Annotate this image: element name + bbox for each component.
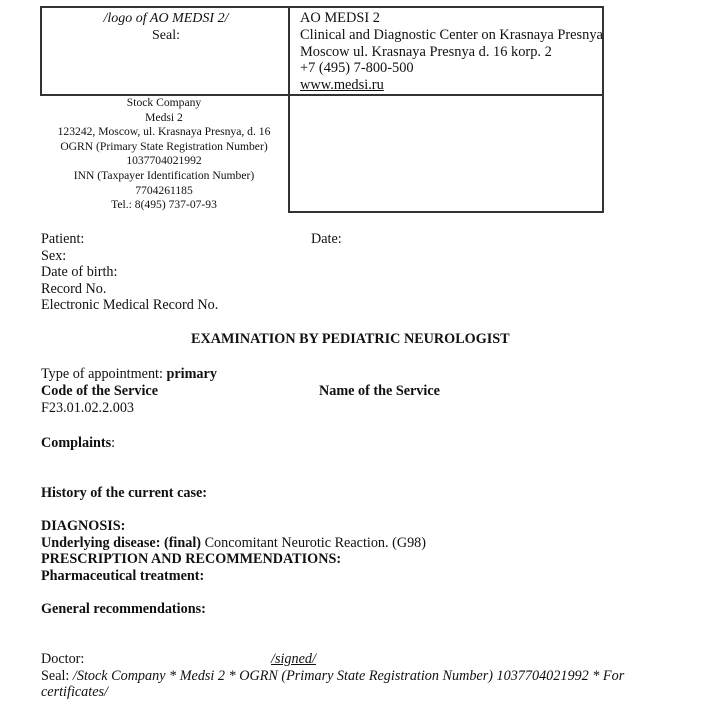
footer-seal-label: Seal: [41, 668, 69, 684]
dob-label: Date of birth: [41, 264, 117, 281]
date-label: Date: [311, 231, 342, 248]
general-recommendations-label: General recommendations: [41, 601, 206, 618]
underlying-disease: Underlying disease: (final) Concomitant … [41, 535, 426, 552]
history-label: History of the current case: [41, 485, 207, 502]
complaints: Complaints: [41, 435, 115, 452]
underlying-disease-label: Underlying disease: (final) [41, 535, 201, 551]
appointment-type: Type of appointment: primary [41, 366, 217, 383]
service-name-header: Name of the Service [319, 383, 440, 400]
footer-seal-text: /Stock Company * Medsi 2 * OGRN (Primary… [73, 668, 624, 684]
underlying-disease-value: Concomitant Neurotic Reaction. (G98) [205, 535, 426, 551]
org-phone: +7 (495) 7-800-500 [300, 60, 602, 77]
seal-label: Seal: [42, 28, 290, 45]
company-address: 123242, Moscow, ul. Krasnaya Presnya, d.… [40, 125, 288, 140]
logo-seal-cell: /logo of AO MEDSI 2/ Seal: [40, 6, 290, 96]
company-inn: 7704261185 [40, 184, 288, 199]
appointment-type-label: Type of appointment: [41, 366, 163, 382]
sex-label: Sex: [41, 248, 66, 265]
company-type: Stock Company [40, 96, 288, 111]
service-code-value: F23.01.02.2.003 [41, 400, 134, 417]
document-title: EXAMINATION BY PEDIATRIC NEUROLOGIST [191, 331, 510, 348]
company-name: Medsi 2 [40, 111, 288, 126]
prescription-label: PRESCRIPTION AND RECOMMENDATIONS: [41, 551, 341, 568]
appointment-type-value: primary [166, 366, 216, 382]
footer-seal: Seal: /Stock Company * Medsi 2 * OGRN (P… [41, 668, 624, 685]
org-center: Clinical and Diagnostic Center on Krasna… [300, 27, 602, 44]
company-ogrn-label: OGRN (Primary State Registration Number) [40, 140, 288, 155]
record-label: Record No. [41, 281, 106, 298]
org-name: AO MEDSI 2 [300, 10, 602, 27]
company-tel: Tel.: 8(495) 737-07-93 [40, 198, 288, 213]
diagnosis-label: DIAGNOSIS: [41, 518, 125, 535]
pharma-treatment-label: Pharmaceutical treatment: [41, 568, 204, 585]
company-details: Stock Company Medsi 2 123242, Moscow, ul… [40, 96, 288, 213]
logo-placeholder: /logo of AO MEDSI 2/ [42, 11, 290, 28]
empty-stamp-cell [288, 94, 604, 213]
company-ogrn: 1037704021992 [40, 154, 288, 169]
doctor-label: Doctor: [41, 651, 84, 668]
emr-label: Electronic Medical Record No. [41, 297, 218, 314]
footer-seal-text-continued: certificates/ [41, 684, 108, 701]
organization-info-cell: AO MEDSI 2 Clinical and Diagnostic Cente… [288, 6, 604, 96]
doctor-signature: /signed/ [271, 651, 316, 668]
patient-label: Patient: [41, 231, 84, 248]
org-website-link[interactable]: www.medsi.ru [300, 77, 384, 93]
company-inn-label: INN (Taxpayer Identification Number) [40, 169, 288, 184]
org-address: Moscow ul. Krasnaya Presnya d. 16 korp. … [300, 44, 602, 61]
complaints-colon: : [111, 435, 115, 451]
complaints-label: Complaints [41, 435, 111, 451]
service-code-header: Code of the Service [41, 383, 158, 400]
